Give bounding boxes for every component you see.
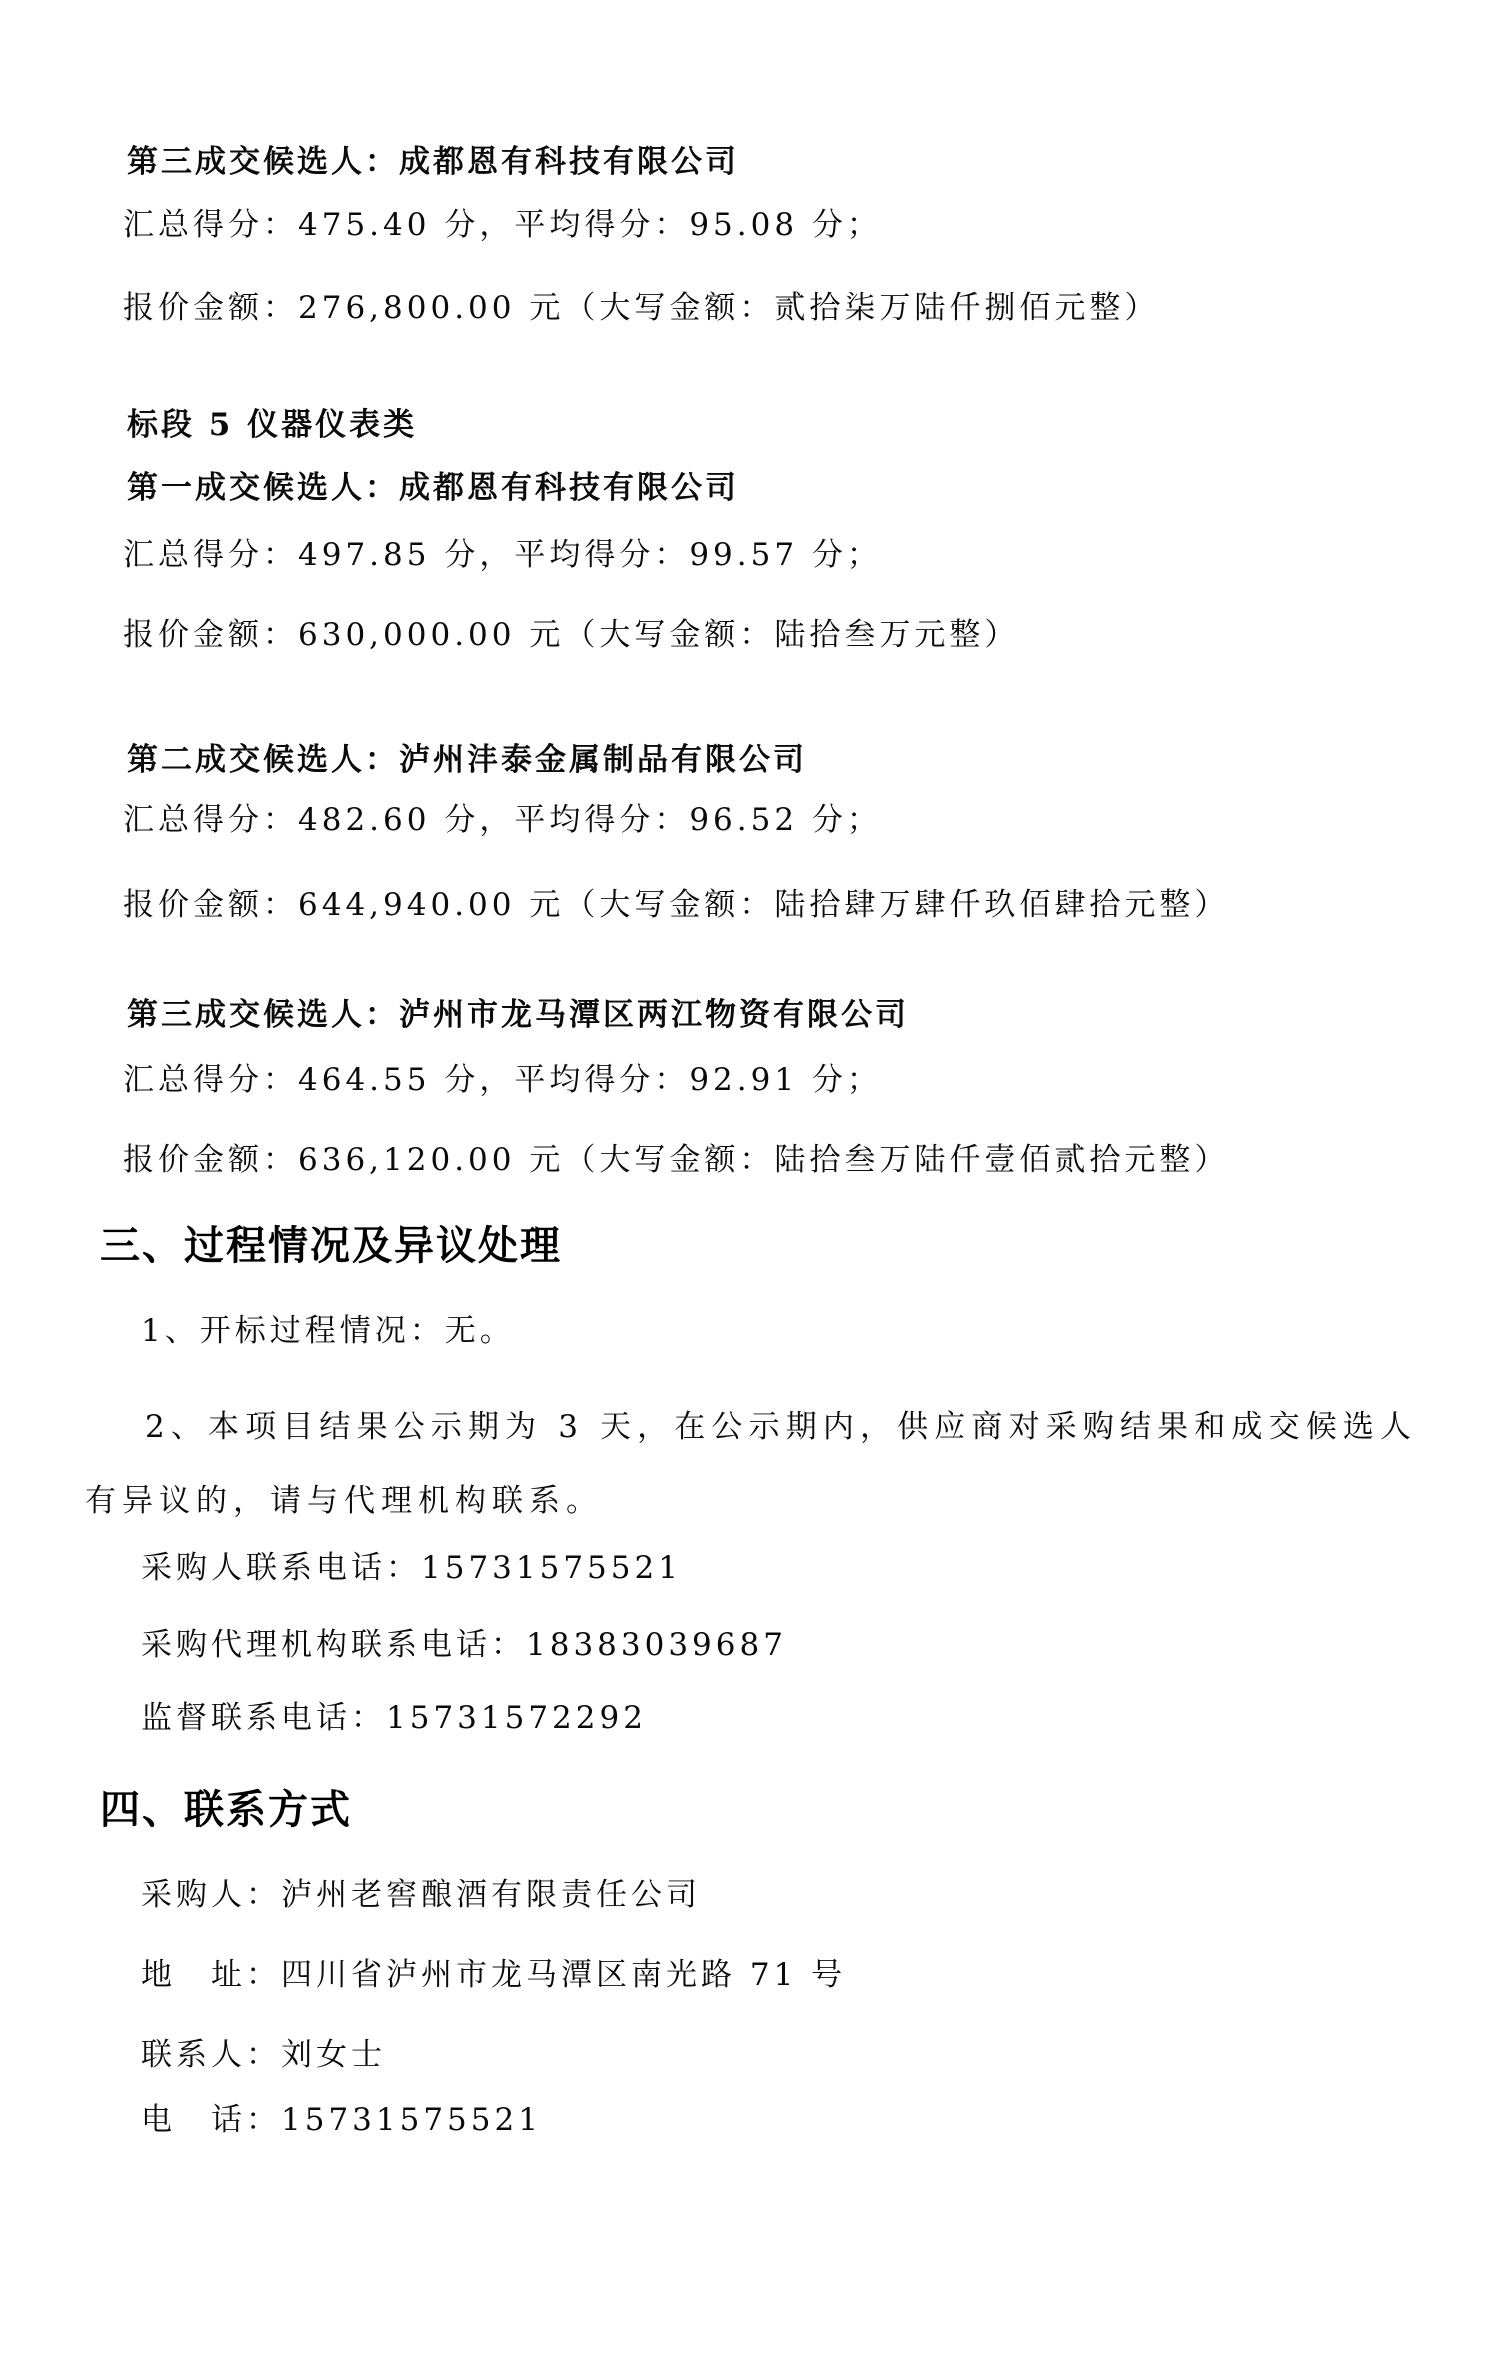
supervision-phone-line: 监督联系电话：15731572292 xyxy=(141,1699,647,1738)
list-item-opening-process: 1、开标过程情况：无。 xyxy=(141,1312,515,1351)
paragraph-publicity-period: 2、本项目结果公示期为 3 天，在公示期内，供应商对采购结果和成交候选人有异议的… xyxy=(85,1390,1417,1538)
price-line: 报价金额：630,000.00 元（大写金额：陆拾叁万元整） xyxy=(123,616,1019,655)
agency-phone-line: 采购代理机构联系电话：18383039687 xyxy=(141,1626,787,1665)
section-heading-process: 三、过程情况及异议处理 xyxy=(100,1214,562,1271)
candidate-title: 第二成交候选人：泸州沣泰金属制品有限公司 xyxy=(127,741,807,780)
purchaser-phone-line: 采购人联系电话：15731575521 xyxy=(141,1549,682,1588)
score-line: 汇总得分：475.40 分，平均得分：95.08 分； xyxy=(123,206,882,245)
contact-person-line: 联系人：刘女士 xyxy=(141,2036,386,2075)
price-line: 报价金额：276,800.00 元（大写金额：贰拾柒万陆仟捌佰元整） xyxy=(123,289,1159,328)
candidate-title: 第三成交候选人：成都恩有科技有限公司 xyxy=(127,143,739,182)
contact-purchaser-line: 采购人：泸州老窖酿酒有限责任公司 xyxy=(141,1876,701,1915)
score-line: 汇总得分：464.55 分，平均得分：92.91 分； xyxy=(123,1061,882,1100)
lot-heading: 标段 5 仪器仪表类 xyxy=(127,406,417,445)
contact-phone-line: 电 话：15731575521 xyxy=(141,2101,542,2140)
contact-address-line: 地 址：四川省泸州市龙马潭区南光路 71 号 xyxy=(141,1956,846,1995)
price-line: 报价金额：636,120.00 元（大写金额：陆拾叁万陆仟壹佰贰拾元整） xyxy=(123,1141,1229,1180)
section-heading-contact: 四、联系方式 xyxy=(100,1778,352,1835)
score-line: 汇总得分：482.60 分，平均得分：96.52 分； xyxy=(123,801,882,840)
document-page: 第三成交候选人：成都恩有科技有限公司 汇总得分：475.40 分，平均得分：95… xyxy=(0,0,1500,2366)
candidate-title: 第三成交候选人：泸州市龙马潭区两江物资有限公司 xyxy=(127,996,909,1035)
price-line: 报价金额：644,940.00 元（大写金额：陆拾肆万肆仟玖佰肆拾元整） xyxy=(123,886,1229,925)
score-line: 汇总得分：497.85 分，平均得分：99.57 分； xyxy=(123,536,882,575)
candidate-title: 第一成交候选人：成都恩有科技有限公司 xyxy=(127,469,739,508)
